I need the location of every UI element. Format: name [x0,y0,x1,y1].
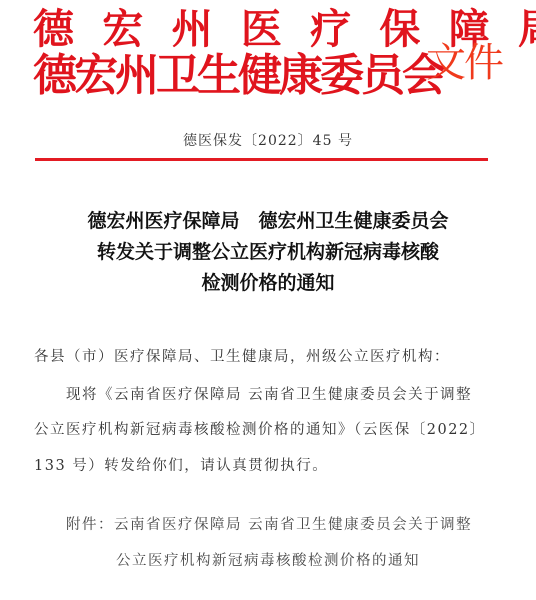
salutation: 各县（市）医疗保障局、卫生健康局，州级公立医疗机构： [34,345,474,366]
body-paragraph-line-1: 现将《云南省医疗保障局 云南省卫生健康委员会关于调整 [66,383,506,404]
document-title: 德宏州医疗保障局 德宏州卫生健康委员会 转发关于调整公立医疗机构新冠病毒核酸 检… [0,206,536,299]
body-paragraph-line-2: 公立医疗机构新冠病毒核酸检测价格的通知》（云医保〔2022〕 [34,418,474,439]
body-paragraph-line-3: 133 号）转发给你们，请认真贯彻执行。 [34,454,474,475]
issuer-line-2: 德宏州卫生健康委员会 [33,51,443,101]
document-type-label: 文件 [426,38,502,88]
title-line-1: 德宏州医疗保障局 德宏州卫生健康委员会 [0,206,536,237]
attachment-line-1: 附件：云南省医疗保障局 云南省卫生健康委员会关于调整 [66,513,472,534]
attachment-line-2: 公立医疗机构新冠病毒核酸检测价格的通知 [116,549,420,570]
title-line-2: 转发关于调整公立医疗机构新冠病毒核酸 [0,237,536,268]
red-divider [35,158,488,161]
title-line-3: 检测价格的通知 [0,268,536,299]
document-number: 德医保发〔2022〕45 号 [0,130,536,150]
